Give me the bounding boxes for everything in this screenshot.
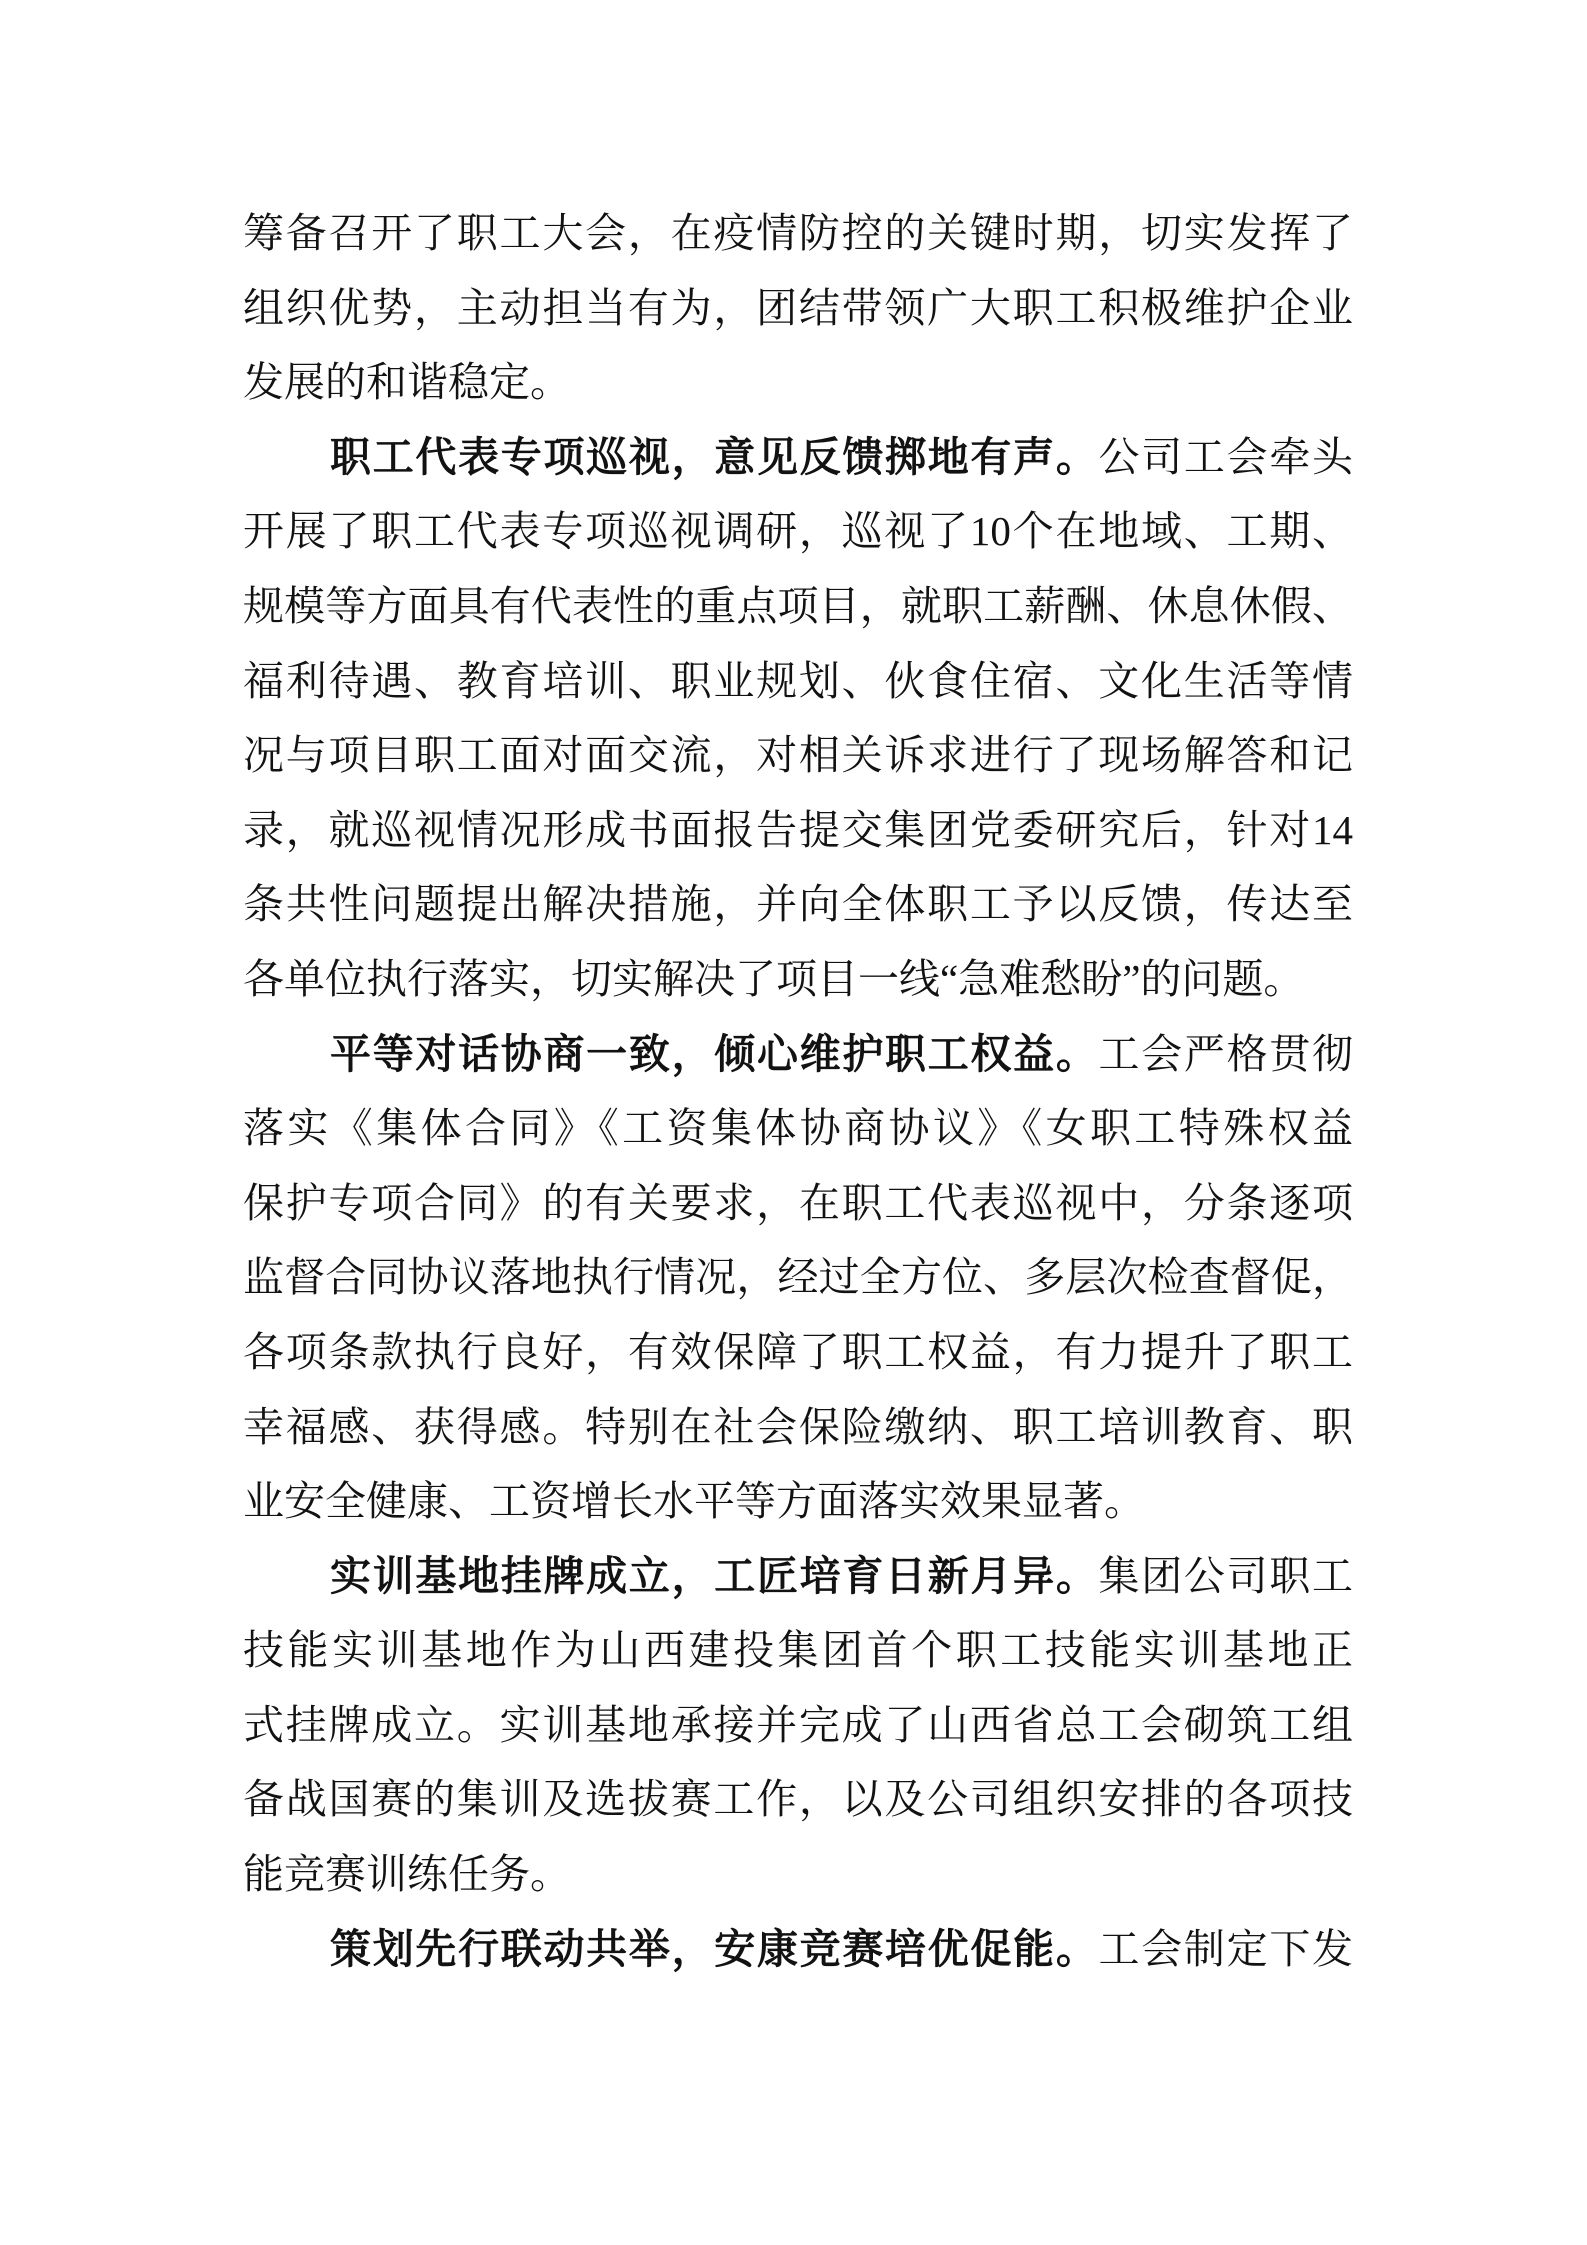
line-text: 各项条款执行良好，有效保障了职工权益，有力提升了职工 [243,1329,1353,1375]
line-text: 筹备召开了职工大会，在疫情防控的关键时期，切实发挥了 [243,210,1353,256]
text-line: 监督合同协议落地执行情况，经过全方位、多层次检查督促， [243,1240,1353,1315]
text-line: 况与项目职工面对面交流，对相关诉求进行了现场解答和记 [243,718,1353,793]
document-text-block: 筹备召开了职工大会，在疫情防控的关键时期，切实发挥了 组织优势，主动担当有为，团… [243,196,1353,1986]
text-line: 福利待遇、教育培训、职业规划、伙食住宿、文化生活等情 [243,644,1353,719]
line-text: 监督合同协议落地执行情况，经过全方位、多层次检查督促， [243,1254,1353,1300]
text-line: 发展的和谐稳定。 [243,345,1353,420]
text-line: 策划先行联动共举，安康竞赛培优促能。工会制定下发 [243,1912,1353,1987]
paragraph-lead-bold: 实训基地挂牌成立，工匠培育日新月异。 [330,1553,1099,1599]
text-line: 技能实训基地作为山西建投集团首个职工技能实训基地正 [243,1613,1353,1688]
paragraph-lead-bold: 策划先行联动共举，安康竞赛培优促能。 [330,1926,1099,1972]
text-line: 条共性问题提出解决措施，并向全体职工予以反馈，传达至 [243,867,1353,942]
paragraph-lead-bold: 职工代表专项巡视，意见反馈掷地有声。 [330,434,1099,480]
line-text: 发展的和谐稳定。 [243,359,571,405]
line-text: 况与项目职工面对面交流，对相关诉求进行了现场解答和记 [243,732,1353,778]
line-text: 工会制定下发 [1099,1926,1353,1972]
line-text: 能竞赛训练任务。 [243,1851,571,1897]
line-text: 备战国赛的集训及选拔赛工作，以及公司组织安排的各项技 [243,1776,1353,1822]
text-line: 业安全健康、工资增长水平等方面落实效果显著。 [243,1464,1353,1539]
text-line: 落实《集体合同》《工资集体协商协议》《女职工特殊权益 [243,1091,1353,1166]
line-text: 组织优势，主动担当有为，团结带领广大职工积极维护企业 [243,285,1353,331]
text-line: 开展了职工代表专项巡视调研，巡视了10个在地域、工期、 [243,494,1353,569]
line-text: 式挂牌成立。实训基地承接并完成了山西省总工会砌筑工组 [243,1702,1353,1748]
text-line: 组织优势，主动担当有为，团结带领广大职工积极维护企业 [243,271,1353,346]
document-page: 筹备召开了职工大会，在疫情防控的关键时期，切实发挥了 组织优势，主动担当有为，团… [0,0,1587,2245]
text-line: 实训基地挂牌成立，工匠培育日新月异。集团公司职工 [243,1539,1353,1614]
line-text: 业安全健康、工资增长水平等方面落实效果显著。 [243,1478,1145,1524]
line-text: 技能实训基地作为山西建投集团首个职工技能实训基地正 [243,1627,1353,1673]
line-text: 规模等方面具有代表性的重点项目，就职工薪酬、休息休假、 [243,583,1353,629]
line-text: 各单位执行落实，切实解决了项目一线“急难愁盼”的问题。 [243,956,1304,1002]
line-text: 录，就巡视情况形成书面报告提交集团党委研究后，针对14 [243,807,1353,853]
text-line: 筹备召开了职工大会，在疫情防控的关键时期，切实发挥了 [243,196,1353,271]
text-line: 能竞赛训练任务。 [243,1837,1353,1912]
line-text: 保护专项合同》的有关要求，在职工代表巡视中，分条逐项 [243,1180,1353,1226]
text-line: 录，就巡视情况形成书面报告提交集团党委研究后，针对14 [243,793,1353,868]
text-line: 各项条款执行良好，有效保障了职工权益，有力提升了职工 [243,1315,1353,1390]
line-text: 落实《集体合同》《工资集体协商协议》《女职工特殊权益 [243,1105,1353,1151]
line-text: 条共性问题提出解决措施，并向全体职工予以反馈，传达至 [243,881,1353,927]
text-line: 备战国赛的集训及选拔赛工作，以及公司组织安排的各项技 [243,1762,1353,1837]
text-line: 式挂牌成立。实训基地承接并完成了山西省总工会砌筑工组 [243,1688,1353,1763]
line-text: 幸福感、获得感。特别在社会保险缴纳、职工培训教育、职 [243,1404,1353,1450]
text-line: 职工代表专项巡视，意见反馈掷地有声。公司工会牵头 [243,420,1353,495]
text-line: 平等对话协商一致，倾心维护职工权益。工会严格贯彻 [243,1017,1353,1092]
text-line: 各单位执行落实，切实解决了项目一线“急难愁盼”的问题。 [243,942,1353,1017]
paragraph-lead-bold: 平等对话协商一致，倾心维护职工权益。 [330,1031,1099,1077]
line-text: 集团公司职工 [1099,1553,1353,1599]
text-line: 幸福感、获得感。特别在社会保险缴纳、职工培训教育、职 [243,1390,1353,1465]
text-line: 保护专项合同》的有关要求，在职工代表巡视中，分条逐项 [243,1166,1353,1241]
line-text: 工会严格贯彻 [1099,1031,1353,1077]
text-line: 规模等方面具有代表性的重点项目，就职工薪酬、休息休假、 [243,569,1353,644]
line-text: 公司工会牵头 [1099,434,1353,480]
line-text: 福利待遇、教育培训、职业规划、伙食住宿、文化生活等情 [243,658,1353,704]
line-text: 开展了职工代表专项巡视调研，巡视了10个在地域、工期、 [243,508,1353,554]
